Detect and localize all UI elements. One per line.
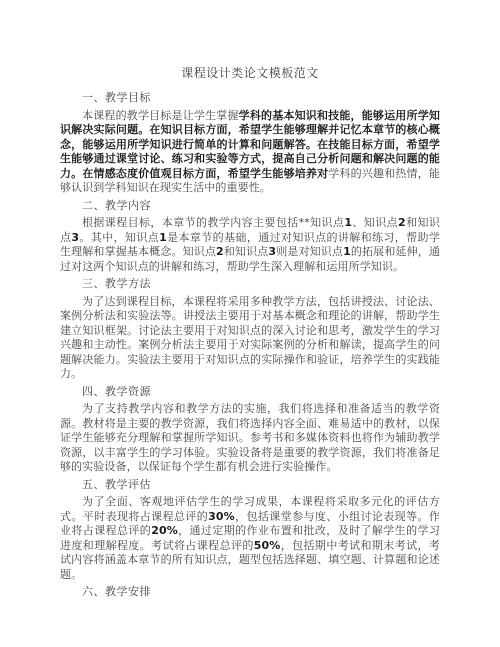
text-segment: 为了支持教学内容和教学方法的实施，我们将选择和准备适当的教学资源。教材将是主要的… (60, 402, 440, 473)
bold-text-segment: 1 (344, 216, 352, 229)
section-heading: 二、教学内容 (60, 199, 440, 214)
section-heading: 六、教学安排 (60, 585, 440, 600)
text-segment: 。其中，知识点 (79, 231, 159, 244)
bold-text-segment: 20% (151, 524, 178, 537)
section-heading: 一、教学目标 (60, 91, 440, 106)
paragraph: 为了达到课程目标，本课程将采用多种教学方法，包括讲授法、讨论法、案例分析法和实验… (60, 295, 440, 382)
text-segment: 则是对知识点 (276, 245, 343, 258)
section-heading: 三、教学方法 (60, 277, 440, 292)
bold-text-segment: 1 (343, 245, 351, 258)
text-segment: 和知识点 (224, 245, 269, 258)
bold-text-segment: 3 (268, 245, 276, 258)
paragraph: 根据课程目标，本章节的教学内容主要包括**知识点1、知识点2和知识点3。其中，知… (60, 216, 440, 274)
bold-text-segment: 2 (398, 216, 406, 229)
section-heading: 四、教学资源 (60, 385, 440, 400)
document-page: 课程设计类论文模板范文 一、教学目标本课程的教学目标是让学生掌握学科的基本知识和… (0, 0, 500, 647)
bold-text-segment: 30% (208, 510, 235, 523)
paragraph: 本课程的教学目标是让学生掌握学科的基本知识和技能，能够运用所学知识解决实际问题。… (60, 109, 440, 196)
bold-text-segment: 2 (216, 245, 224, 258)
text-segment: 本课程的教学目标是让学生掌握 (82, 109, 239, 122)
text-segment: 根据课程目标，本章节的教学内容主要包括**知识点 (82, 216, 344, 229)
bold-text-segment: 50% (254, 539, 281, 552)
doc-title: 课程设计类论文模板范文 (60, 65, 440, 81)
section-heading: 五、教学评估 (60, 478, 440, 493)
bold-text-segment: 3 (71, 231, 79, 244)
text-segment: 为了达到课程目标，本课程将采用多种教学方法，包括讲授法、讨论法、案例分析法和实验… (60, 295, 440, 381)
paragraph: 为了支持教学内容和教学方法的实施，我们将选择和准备适当的教学资源。教材将是主要的… (60, 402, 440, 475)
paragraph: 为了全面、客观地评估学生的学习成果，本课程将采取多元化的评估方式。平时表现将占课… (60, 495, 440, 582)
bold-text-segment: 1 (159, 231, 167, 244)
doc-body: 一、教学目标本课程的教学目标是让学生掌握学科的基本知识和技能，能够运用所学知识解… (60, 91, 440, 600)
text-segment: 、知识点 (352, 216, 398, 229)
